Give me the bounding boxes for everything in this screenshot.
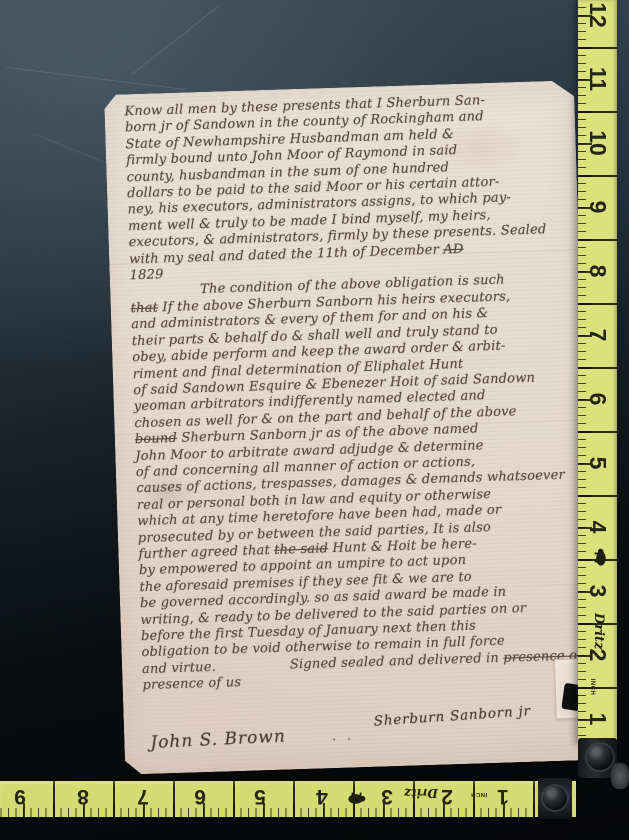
principal-signature: Sherburn Sanborn jr — [373, 703, 531, 729]
ruler-number: 2 — [436, 784, 458, 808]
ruler-number: 6 — [189, 784, 211, 808]
ruler-number: 4 — [585, 514, 611, 540]
witness-signature: John S. Brown — [150, 726, 286, 753]
ruler-number: 5 — [585, 450, 611, 476]
ruler-number: 1 — [585, 706, 611, 732]
photo-scene: Know all men by these presents that I Sh… — [0, 0, 629, 840]
ink-dots: . . — [332, 729, 355, 743]
line-struck-text: the said — [274, 541, 328, 558]
line-left-text: and virtue. — [142, 660, 216, 677]
brand-label: Dritz — [585, 613, 611, 641]
ruler-number: 9 — [585, 194, 611, 220]
inch-label: INCH — [468, 791, 490, 797]
vertical-ruler-tape: 121110987654321 Dritz INCH — [578, 0, 617, 744]
ruler-number: 6 — [585, 386, 611, 412]
ruler-number: 4 — [311, 784, 333, 808]
tape-grommet — [587, 744, 613, 770]
ruler-number: 8 — [585, 258, 611, 284]
desk-scratch — [131, 6, 218, 75]
manuscript-text: Know all men by these presents that I Sh… — [124, 90, 588, 694]
desk-scratch — [33, 133, 117, 168]
ruler-number: 11 — [585, 66, 611, 92]
line-struck-text: bound — [135, 431, 178, 447]
ruler-number: 9 — [9, 784, 31, 808]
ruler-number: 3 — [585, 578, 611, 604]
ruler-number: 10 — [585, 130, 611, 156]
ruler-number: 12 — [585, 2, 611, 28]
line-text: presence of us — [142, 675, 241, 693]
ruler-number: 7 — [132, 784, 154, 808]
tape-grommet — [543, 786, 567, 810]
pig-logo-icon — [348, 787, 366, 805]
brand-label: Dritz — [404, 786, 438, 800]
ruler-number: 1 — [492, 784, 514, 808]
desk-scratch — [7, 67, 186, 90]
line-text: 1829 — [129, 267, 163, 283]
ruler-number: 7 — [585, 322, 611, 348]
ruler-number: 8 — [72, 784, 94, 808]
line-struck-text: AD — [443, 241, 464, 257]
document-page: Know all men by these presents that I Sh… — [104, 80, 595, 774]
horizontal-ruler-tape: 987654321 Dritz INCH — [0, 781, 576, 817]
background-object — [611, 763, 629, 789]
ruler-number: 5 — [249, 784, 271, 808]
inch-label: INCH — [585, 676, 595, 698]
pig-logo-icon — [589, 548, 607, 566]
ruler-number: 3 — [376, 784, 398, 808]
line-struck-text: that — [130, 300, 158, 316]
